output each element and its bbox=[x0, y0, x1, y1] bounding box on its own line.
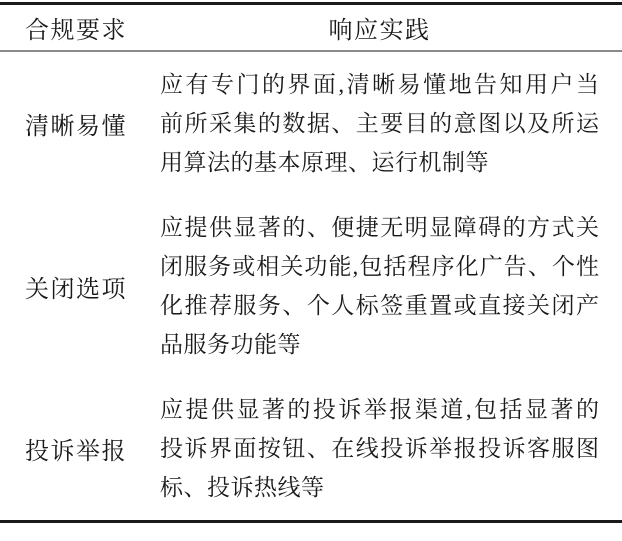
practice-line: 投诉界面按钮、在线投诉举报投诉客服图 bbox=[160, 429, 599, 468]
practice-line: 应有专门的界面,清晰易懂地告知用户当 bbox=[160, 65, 599, 104]
practice-line: 闭服务或相关功能,包括程序化广告、个性 bbox=[160, 247, 599, 286]
table-header-row: 合规要求 响应实践 bbox=[0, 5, 622, 52]
table-row-complaint: 投诉举报 应提供显著的投诉举报渠道,包括显著的 投诉界面按钮、在线投诉举报投诉客… bbox=[0, 377, 622, 520]
practice-text: 应提供显著的、便捷无明显障碍的方式关 闭服务或相关功能,包括程序化广告、个性 化… bbox=[160, 208, 599, 364]
practice-text: 应提供显著的投诉举报渠道,包括显著的 投诉界面按钮、在线投诉举报投诉客服图 标、… bbox=[160, 390, 599, 507]
practice-line: 应提供显著的投诉举报渠道,包括显著的 bbox=[160, 390, 599, 429]
header-cell-practice: 响应实践 bbox=[160, 10, 599, 45]
header-cell-requirement: 合规要求 bbox=[25, 10, 160, 45]
compliance-table: 合规要求 响应实践 清晰易懂 应有专门的界面,清晰易懂地告知用户当 前所采集的数… bbox=[0, 2, 622, 523]
requirement-label: 投诉举报 bbox=[25, 431, 160, 466]
practice-line: 用算法的基本原理、运行机制等 bbox=[160, 143, 599, 182]
requirement-label: 清晰易懂 bbox=[25, 106, 160, 141]
document-page: 合规要求 响应实践 清晰易懂 应有专门的界面,清晰易懂地告知用户当 前所采集的数… bbox=[0, 0, 622, 541]
table-row-clarity: 清晰易懂 应有专门的界面,清晰易懂地告知用户当 前所采集的数据、主要目的意图以及… bbox=[0, 52, 622, 195]
requirement-label: 关闭选项 bbox=[25, 269, 160, 304]
practice-text: 应有专门的界面,清晰易懂地告知用户当 前所采集的数据、主要目的意图以及所运 用算… bbox=[160, 65, 599, 182]
practice-line: 应提供显著的、便捷无明显障碍的方式关 bbox=[160, 208, 599, 247]
practice-line: 化推荐服务、个人标签重置或直接关闭产 bbox=[160, 286, 599, 325]
practice-line: 品服务功能等 bbox=[160, 325, 599, 364]
practice-line: 前所采集的数据、主要目的意图以及所运 bbox=[160, 104, 599, 143]
practice-line: 标、投诉热线等 bbox=[160, 468, 599, 507]
table-row-opt-out: 关闭选项 应提供显著的、便捷无明显障碍的方式关 闭服务或相关功能,包括程序化广告… bbox=[0, 195, 622, 377]
